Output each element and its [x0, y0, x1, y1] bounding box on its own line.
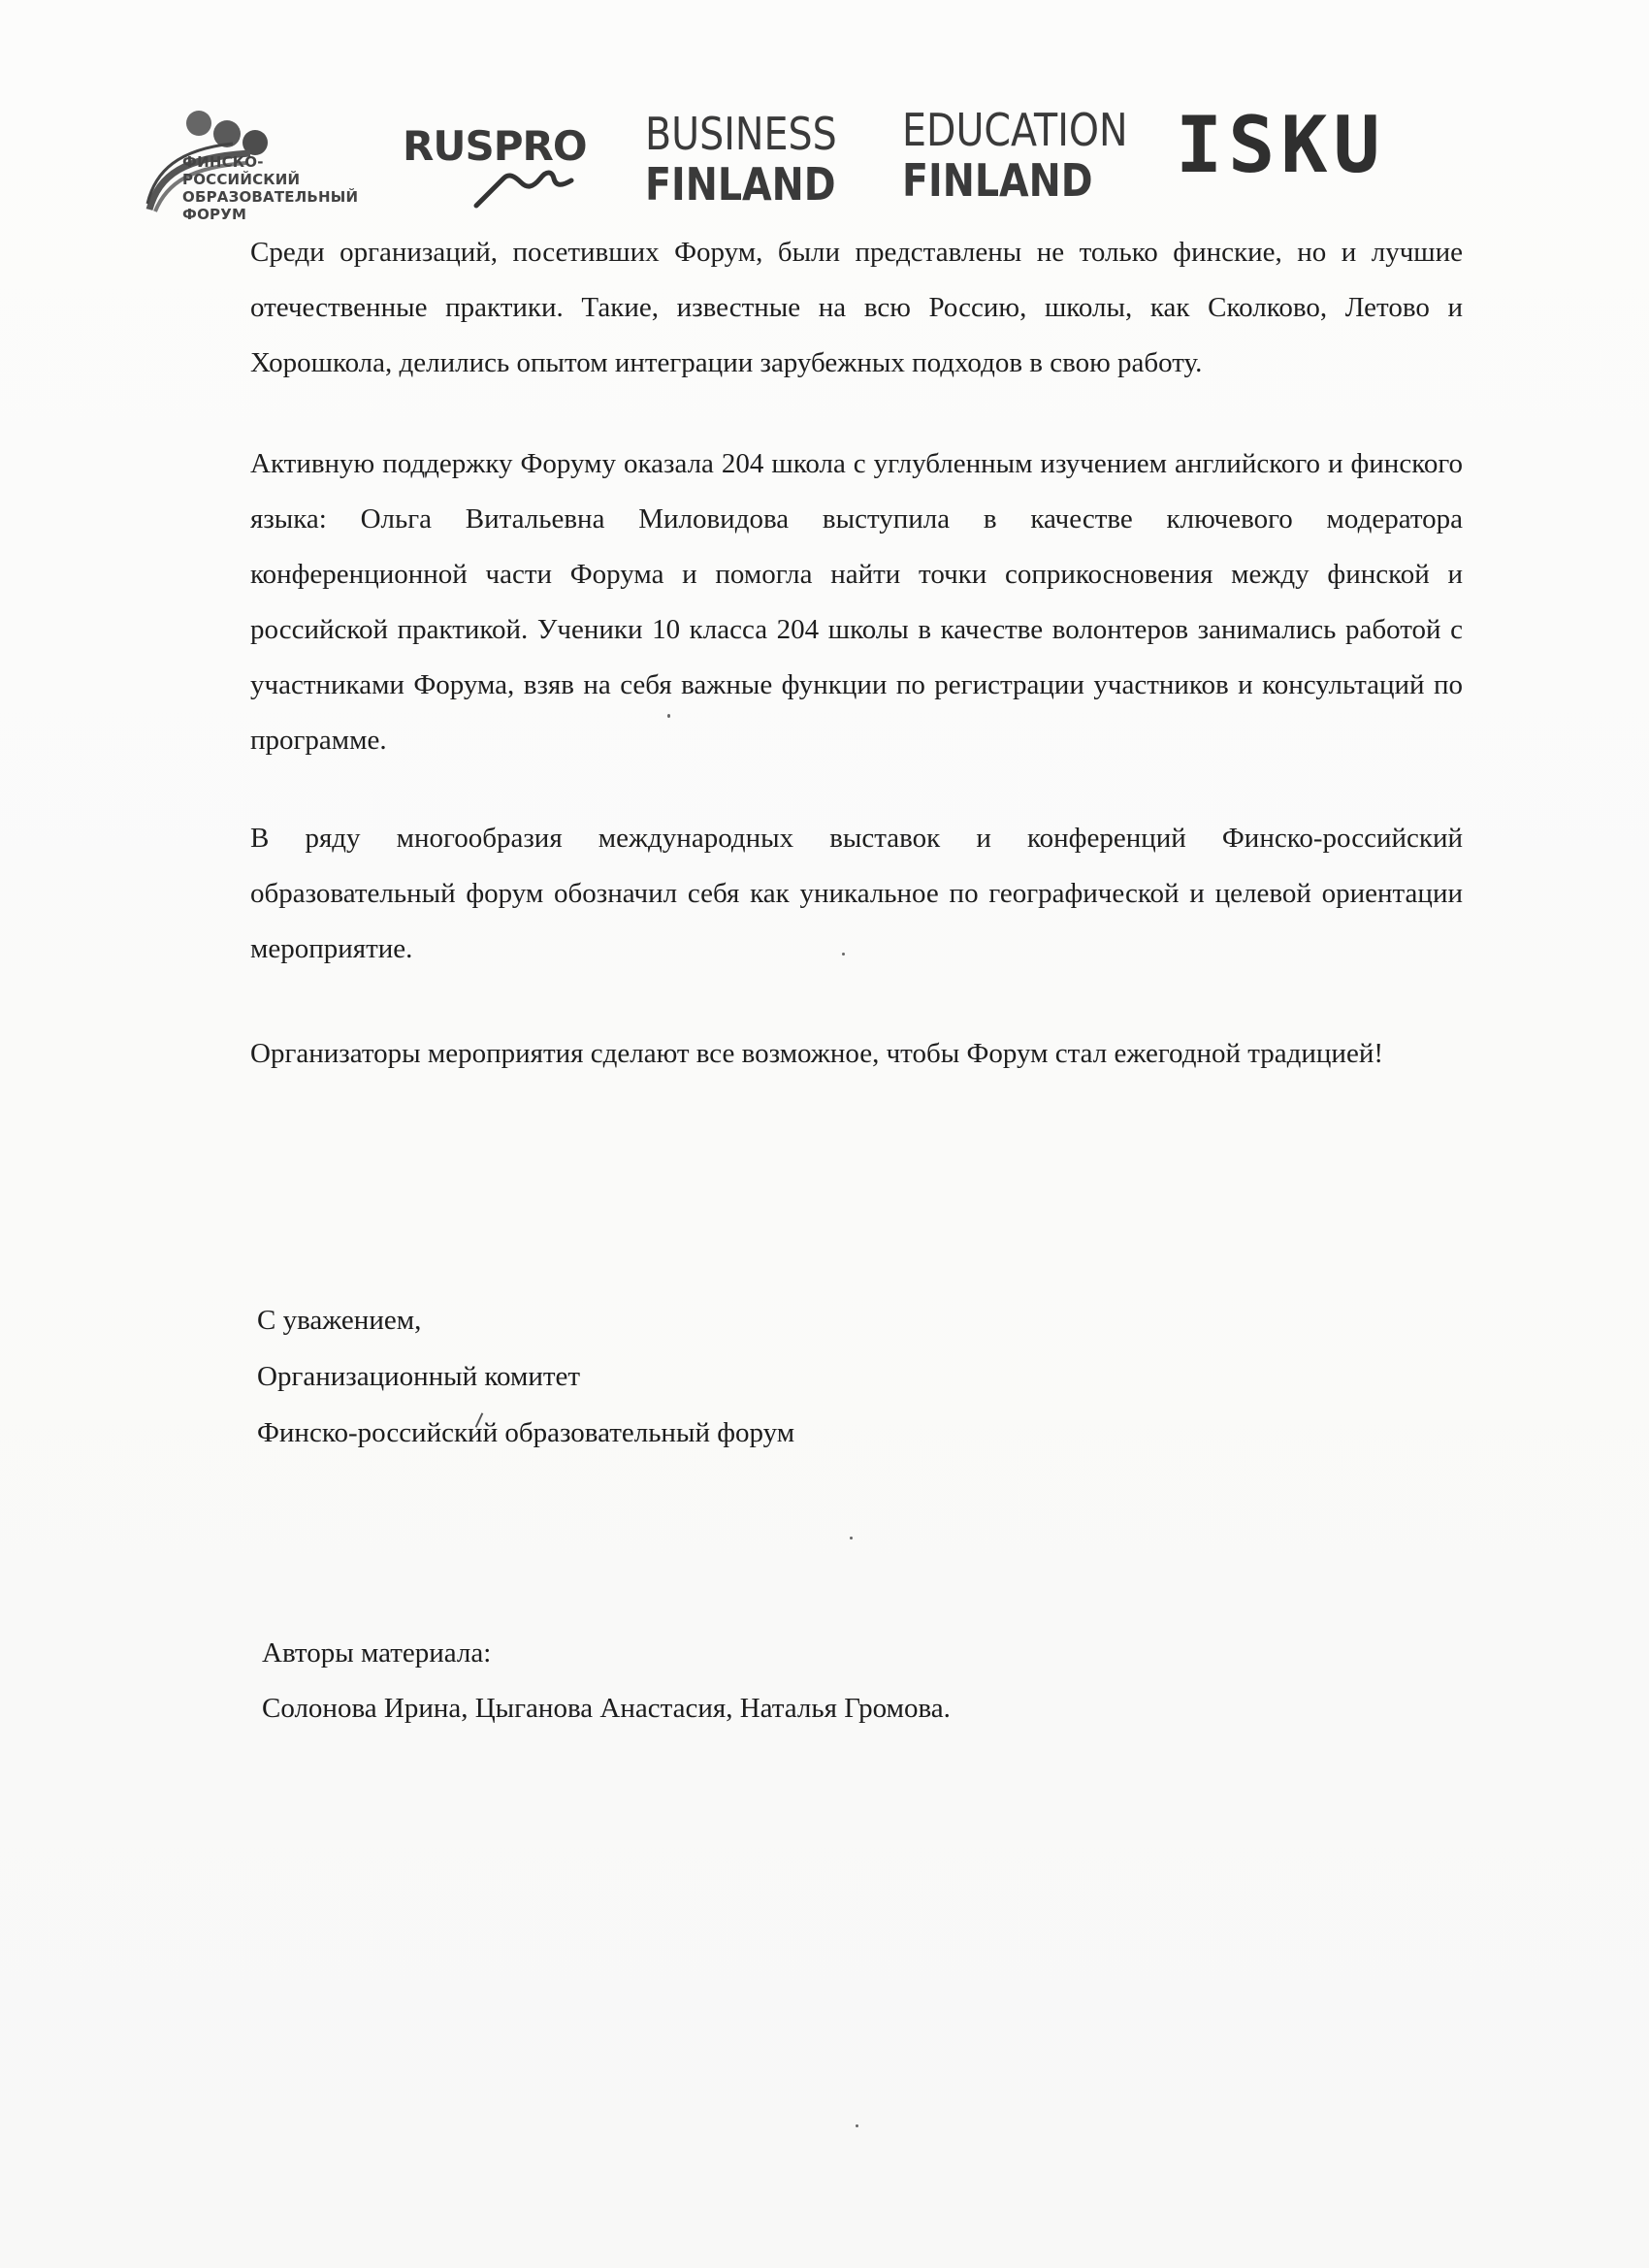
forum-logo: ФИНСКО-РОССИЙСКИЙ ОБРАЗОВАТЕЛЬНЫЙ ФОРУМ	[145, 107, 369, 223]
education-finland-line-1: EDUCATION	[902, 105, 1128, 155]
paragraph-tradition: Организаторы мероприятия сделают все воз…	[250, 1026, 1463, 1082]
education-finland-logo: EDUCATION FINLAND	[902, 105, 1164, 206]
ruspro-logo-text: RUSPRO	[403, 124, 577, 169]
organization-line: Финско-российский образовательный форум	[257, 1405, 794, 1461]
ruspro-logo: RUSPRO	[403, 124, 577, 211]
wave-icon	[470, 167, 577, 210]
paragraph-organizations: Среди организаций, посетивших Форум, был…	[250, 225, 1463, 391]
forum-logo-line-3: ФОРУМ	[182, 206, 369, 223]
scanned-page: ФИНСКО-РОССИЙСКИЙ ОБРАЗОВАТЕЛЬНЫЙ ФОРУМ …	[0, 0, 1649, 2268]
paragraph-school-204: Активную поддержку Форуму оказала 204 шк…	[250, 437, 1463, 768]
business-finland-line-2: FINLAND	[645, 159, 837, 210]
scan-speck	[842, 953, 845, 956]
closing-line: С уважением,	[257, 1292, 794, 1348]
paragraph-text: Среди организаций, посетивших Форум, был…	[250, 225, 1463, 391]
paragraph-text: Организаторы мероприятия сделают все воз…	[250, 1026, 1463, 1082]
scan-speck	[850, 1537, 853, 1539]
committee-line: Организационный комитет	[257, 1348, 794, 1405]
forum-logo-line-2: ОБРАЗОВАТЕЛЬНЫЙ	[182, 188, 369, 206]
paragraph-uniqueness: В ряду многообразия международных выстав…	[250, 811, 1463, 977]
scan-speck	[667, 714, 670, 718]
isku-logo: ISKU	[1176, 105, 1386, 186]
business-finland-logo: BUSINESS FINLAND	[645, 109, 868, 210]
paragraph-text: Активную поддержку Форуму оказала 204 шк…	[250, 437, 1463, 768]
partner-logos-header: ФИНСКО-РОССИЙСКИЙ ОБРАЗОВАТЕЛЬНЫЙ ФОРУМ …	[0, 0, 1649, 233]
paragraph-text: В ряду многообразия международных выстав…	[250, 811, 1463, 977]
business-finland-line-1: BUSINESS	[645, 109, 837, 159]
signature-block: С уважением, Организационный комитет Фин…	[257, 1292, 794, 1461]
education-finland-line-2: FINLAND	[902, 155, 1128, 206]
forum-logo-line-1: ФИНСКО-РОССИЙСКИЙ	[182, 153, 369, 188]
authors-label: Авторы материала:	[262, 1626, 951, 1681]
authors-names: Солонова Ирина, Цыганова Анастасия, Ната…	[262, 1681, 951, 1736]
authors-block: Авторы материала: Солонова Ирина, Цыгано…	[262, 1626, 951, 1736]
scan-speck	[856, 2124, 858, 2127]
